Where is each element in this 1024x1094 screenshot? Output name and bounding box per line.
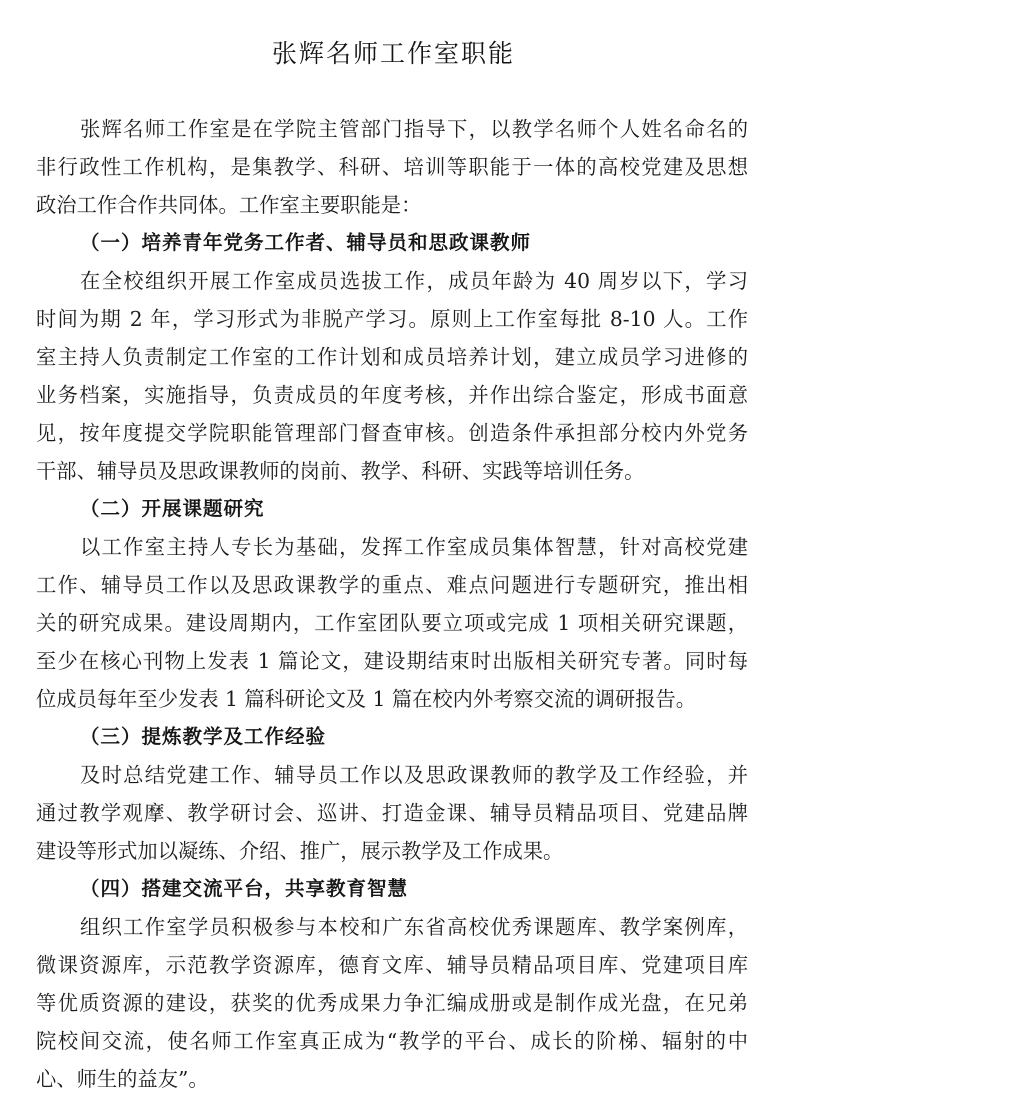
- section-4-line: 院校间交流，使名师工作室真正成为“教学的平台、成长的阶梯、辐射的中: [36, 1026, 748, 1056]
- intro-line: 政治工作合作共同体。工作室主要职能是：: [36, 190, 748, 220]
- section-1-line: 室主持人负责制定工作室的工作计划和成员培养计划，建立成员学习进修的: [36, 342, 748, 372]
- intro-line: 张辉名师工作室是在学院主管部门指导下，以教学名师个人姓名命名的: [80, 114, 748, 144]
- section-2-line: 位成员每年至少发表 1 篇科研论文及 1 篇在校内外考察交流的调研报告。: [36, 684, 748, 714]
- section-heading-4: （四）搭建交流平台，共享教育智慧: [80, 874, 408, 904]
- document-page: 张辉名师工作室职能 张辉名师工作室是在学院主管部门指导下，以教学名师个人姓名命名…: [0, 0, 1024, 1094]
- section-1-line: 时间为期 2 年，学习形式为非脱产学习。原则上工作室每批 8-10 人。工作: [36, 304, 748, 334]
- section-4-line: 心、师生的益友”。: [36, 1064, 748, 1094]
- document-title: 张辉名师工作室职能: [272, 36, 514, 72]
- section-1-line: 业务档案，实施指导，负责成员的年度考核，并作出综合鉴定，形成书面意: [36, 380, 748, 410]
- section-3-line: 建设等形式加以凝练、介绍、推广，展示教学及工作成果。: [36, 836, 748, 866]
- section-1-line: 干部、辅导员及思政课教师的岗前、教学、科研、实践等培训任务。: [36, 456, 748, 486]
- section-heading-1: （一）培养青年党务工作者、辅导员和思政课教师: [80, 228, 531, 258]
- section-4-line: 等优质资源的建设，获奖的优秀成果力争汇编成册或是制作成光盘，在兄弟: [36, 988, 748, 1018]
- section-1-line: 在全校组织开展工作室成员选拔工作，成员年龄为 40 周岁以下，学习: [80, 266, 748, 296]
- section-1-line: 见，按年度提交学院职能管理部门督查审核。创造条件承担部分校内外党务: [36, 418, 748, 448]
- section-4-line: 微课资源库，示范教学资源库，德育文库、辅导员精品项目库、党建项目库: [36, 950, 748, 980]
- section-2-line: 至少在核心刊物上发表 1 篇论文，建设期结束时出版相关研究专著。同时每: [36, 646, 748, 676]
- section-2-line: 以工作室主持人专长为基础，发挥工作室成员集体智慧，针对高校党建: [80, 532, 748, 562]
- section-2-line: 关的研究成果。建设周期内，工作室团队要立项或完成 1 项相关研究课题，: [36, 608, 748, 638]
- section-heading-2: （二）开展课题研究: [80, 494, 265, 524]
- section-4-line: 组织工作室学员积极参与本校和广东省高校优秀课题库、教学案例库，: [80, 912, 748, 942]
- section-3-line: 及时总结党建工作、辅导员工作以及思政课教师的教学及工作经验，并: [80, 760, 748, 790]
- intro-line: 非行政性工作机构，是集教学、科研、培训等职能于一体的高校党建及思想: [36, 152, 748, 182]
- section-3-line: 通过教学观摩、教学研讨会、巡讲、打造金课、辅导员精品项目、党建品牌: [36, 798, 748, 828]
- section-heading-3: （三）提炼教学及工作经验: [80, 722, 326, 752]
- section-2-line: 工作、辅导员工作以及思政课教学的重点、难点问题进行专题研究，推出相: [36, 570, 748, 600]
